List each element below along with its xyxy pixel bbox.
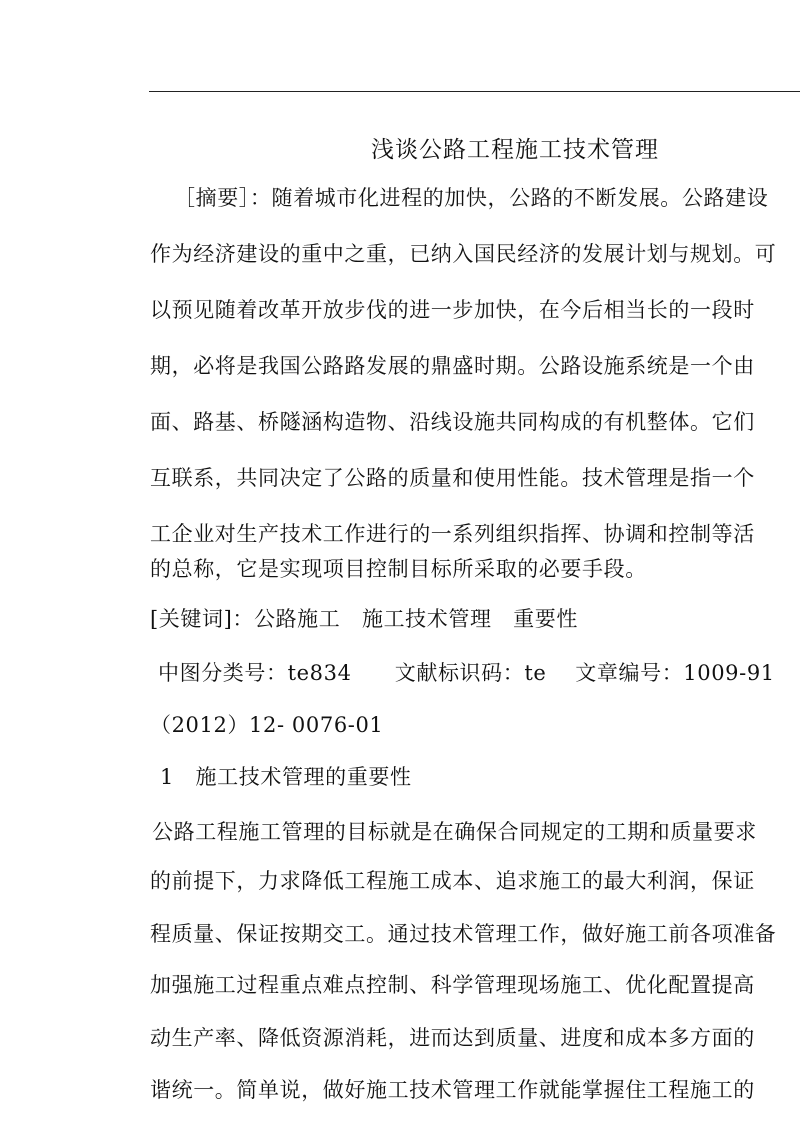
abstract-line: 期，必将是我国公路路发展的鼎盛时期。公路设施系统是一个由 xyxy=(150,354,755,378)
body-line: 动生产率、降低资源消耗，进而达到质量、进度和成本多方面的 xyxy=(150,1026,755,1050)
abstract-line: 作为经济建设的重中之重，已纳入国民经济的发展计划与规划。可 xyxy=(150,242,776,266)
body-line: 程质量、保证按期交工。通过技术管理工作，做好施工前各项准备 xyxy=(150,922,776,946)
abstract-line: 工企业对生产技术工作进行的一系列组织指挥、协调和控制等活 xyxy=(150,522,755,546)
abstract-line: 互联系，共同决定了公路的质量和使用性能。技术管理是指一个 xyxy=(150,466,755,490)
body-line: 公路工程施工管理的目标就是在确保合同规定的工期和质量要求 xyxy=(152,820,757,844)
article-number-line: （2012）12- 0076-01 xyxy=(150,713,383,737)
section-heading: 1 施工技术管理的重要性 xyxy=(160,765,412,789)
body-line: 谐统一。简单说，做好施工技术管理工作就能掌握住工程施工的 xyxy=(150,1078,755,1102)
abstract-line: ［摘要］：随着城市化进程的加快，公路的不断发展。公路建设 xyxy=(174,186,768,210)
abstract-line: 的总称，它是实现项目控制目标所采取的必要手段。 xyxy=(150,557,647,581)
header-rule xyxy=(149,91,800,92)
abstract-line: 面、路基、桥隧涵构造物、沿线设施共同构成的有机整体。它们 xyxy=(150,410,755,434)
classification-line: 中图分类号：te834 文献标识码：te 文章编号：1009-91 xyxy=(158,661,775,685)
body-line: 的前提下，力求降低工程施工成本、追求施工的最大利润，保证 xyxy=(150,869,755,893)
abstract-line: 以预见随着改革开放步伐的进一步加快，在今后相当长的一段时 xyxy=(150,298,755,322)
keywords-line: [关键词]：公路施工 施工技术管理 重要性 xyxy=(150,607,578,631)
document-title: 浅谈公路工程施工技术管理 xyxy=(371,131,659,164)
body-line: 加强施工过程重点难点控制、科学管理现场施工、优化配置提高 xyxy=(150,973,755,997)
